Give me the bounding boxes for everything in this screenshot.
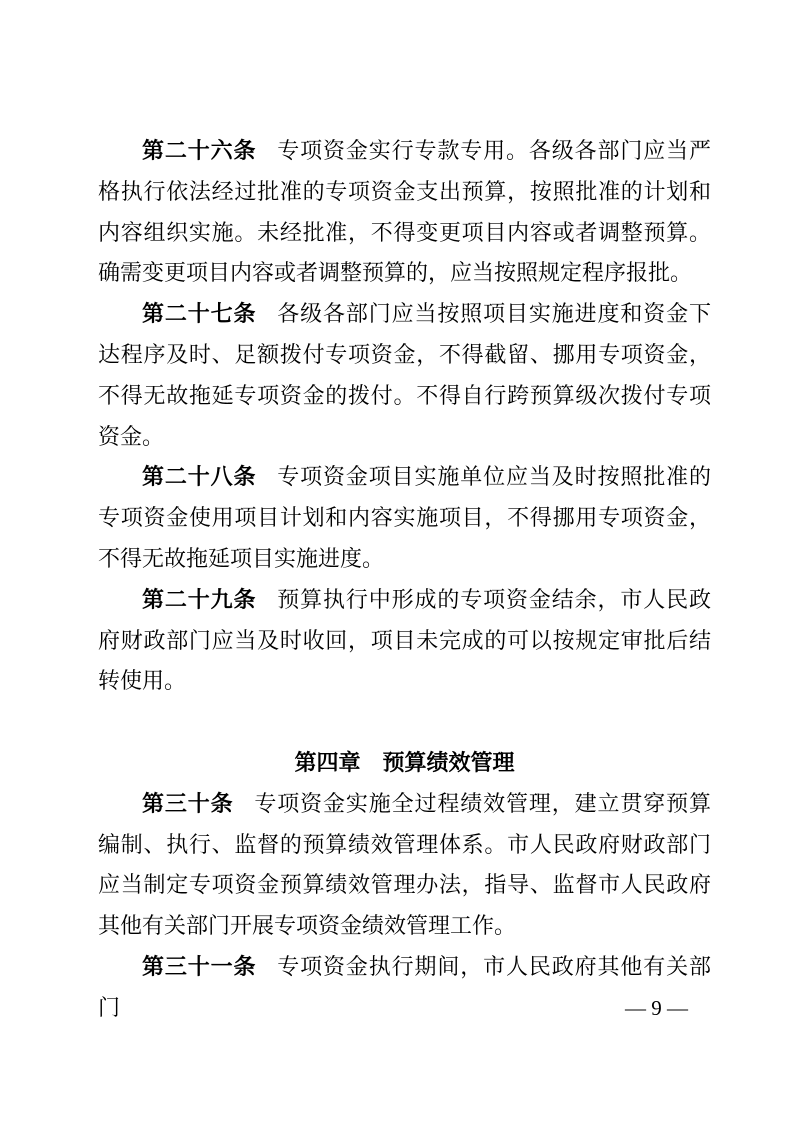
article-28-number: 第二十八条 [142, 464, 256, 489]
article-27: 第二十七条各级各部门应当按照项目实施进度和资金下达程序及时、足额拨付专项资金，不… [98, 294, 711, 457]
article-29: 第二十九条预算执行中形成的专项资金结余，市人民政府财政部门应当及时收回，项目未完… [98, 580, 711, 702]
article-31-number: 第三十一条 [142, 954, 256, 979]
article-26-number: 第二十六条 [142, 138, 256, 163]
article-29-number: 第二十九条 [142, 587, 256, 612]
article-31: 第三十一条专项资金执行期间，市人民政府其他有关部门 [98, 947, 711, 1029]
chapter-heading: 第四章预算绩效管理 [98, 743, 711, 784]
article-28: 第二十八条专项资金项目实施单位应当及时按照批准的专项资金使用项目计划和内容实施项… [98, 457, 711, 579]
page-number: — 9 — [625, 995, 688, 1021]
chapter-title: 预算绩效管理 [383, 750, 515, 775]
blank-line-spacer [98, 702, 711, 743]
article-26: 第二十六条专项资金实行专款专用。各级各部门应当严格执行依法经过批准的专项资金支出… [98, 131, 711, 294]
chapter-number: 第四章 [294, 750, 360, 775]
page-number-label: — 9 — [625, 996, 688, 1020]
article-27-number: 第二十七条 [142, 301, 256, 326]
article-30-number: 第三十条 [142, 791, 234, 816]
document-page: 第二十六条专项资金实行专款专用。各级各部门应当严格执行依法经过批准的专项资金支出… [0, 0, 800, 1131]
document-body: 第二十六条专项资金实行专款专用。各级各部门应当严格执行依法经过批准的专项资金支出… [98, 131, 711, 1029]
article-30: 第三十条专项资金实施全过程绩效管理，建立贯穿预算编制、执行、监督的预算绩效管理体… [98, 784, 711, 947]
